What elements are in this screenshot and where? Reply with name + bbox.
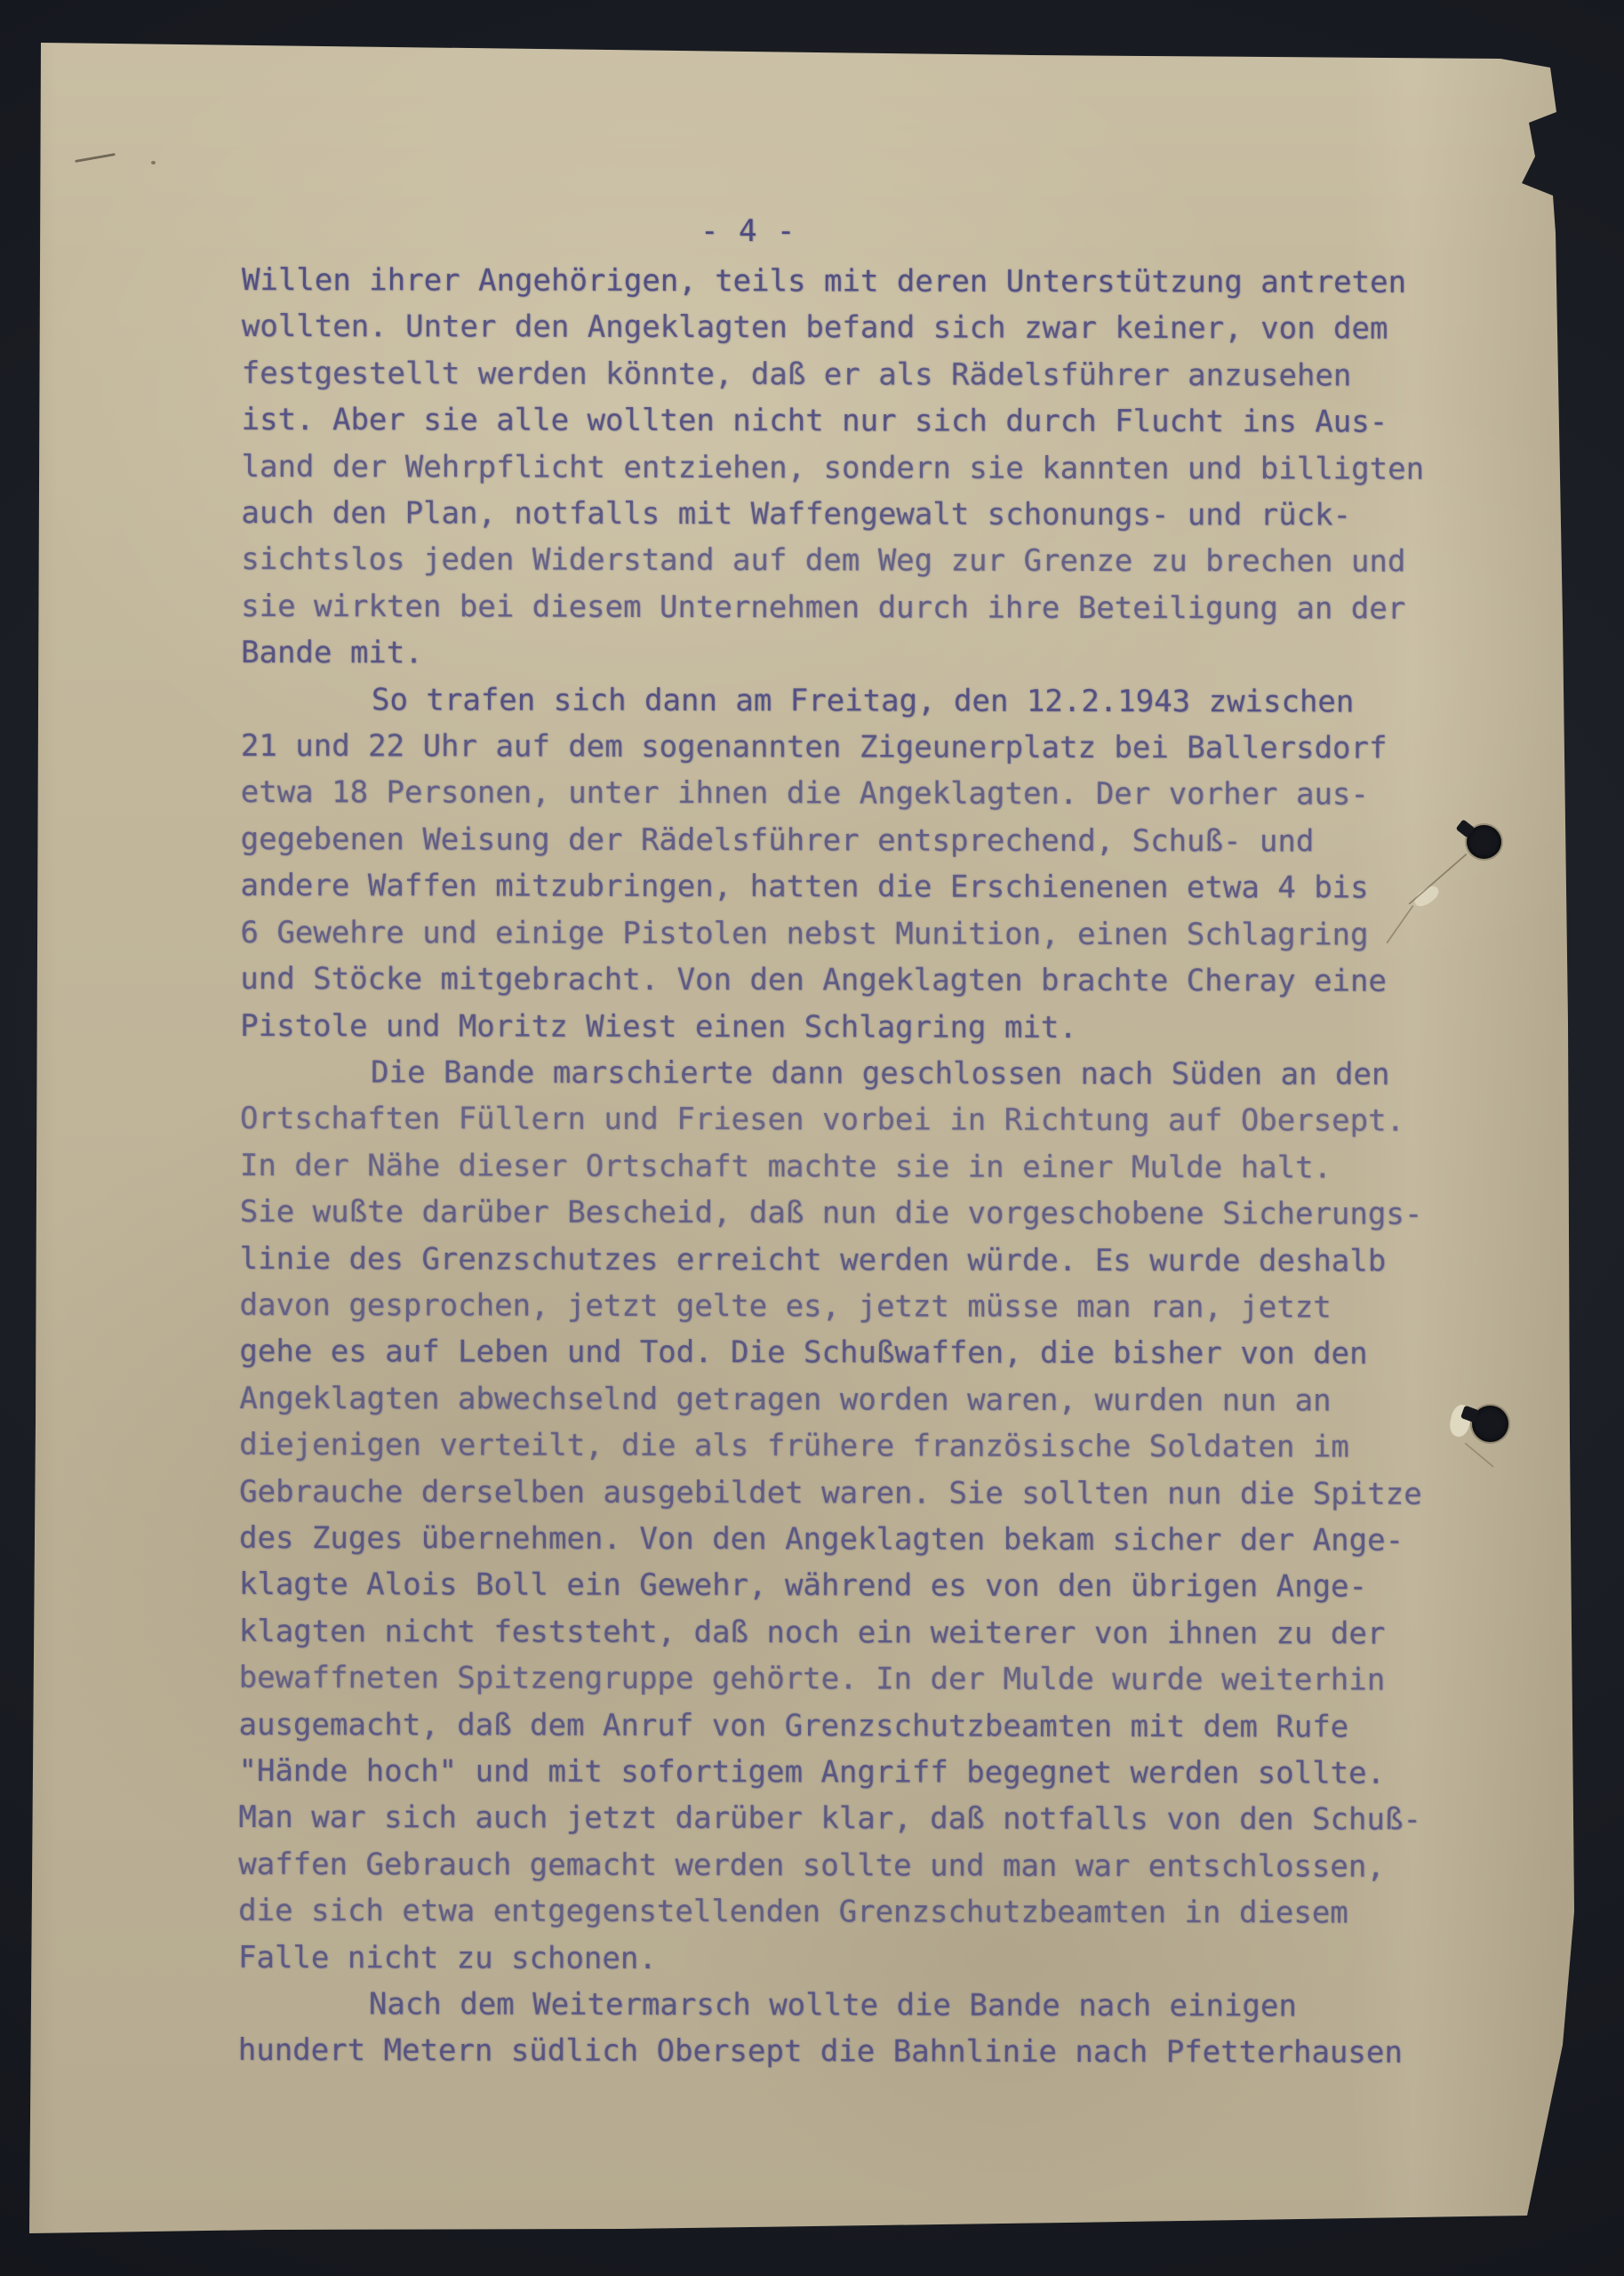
fiber-mark	[75, 153, 116, 163]
text-line: klagten nicht feststeht, daß noch ein we…	[239, 1608, 1501, 1657]
text-line: gehe es auf Leben und Tod. Die Schußwaff…	[239, 1328, 1501, 1377]
punch-hole-top	[1467, 825, 1501, 859]
text-line: 21 und 22 Uhr auf dem sogenannten Zigeun…	[241, 723, 1503, 772]
text-line: Ortschaften Füllern und Friesen vorbei i…	[240, 1095, 1502, 1144]
text-line: So trafen sich dann am Freitag, den 12.2…	[241, 677, 1503, 725]
text-line: festgestellt werden könnte, daß er als R…	[242, 350, 1504, 399]
text-line: bewaffneten Spitzengruppe gehörte. In de…	[239, 1655, 1501, 1703]
text-line: In der Nähe dieser Ortschaft machte sie …	[240, 1142, 1502, 1191]
scan-background: - 4 - Willen ihrer Angehörigen, teils mi…	[0, 0, 1624, 2276]
text-line: wollten. Unter den Angeklagten befand si…	[242, 303, 1504, 352]
text-line: diejenigen verteilt, die als frühere fra…	[239, 1422, 1501, 1471]
page-number: - 4 -	[700, 213, 796, 249]
text-line: Gebrauche derselben ausgebildet waren. S…	[239, 1469, 1501, 1518]
text-line: Pistole und Moritz Wiest einen Schlagrin…	[240, 1002, 1502, 1051]
text-line: 6 Gewehre und einige Pistolen nebst Muni…	[240, 910, 1502, 958]
punch-hole-bottom	[1472, 1406, 1508, 1442]
text-line: andere Waffen mitzubringen, hatten die E…	[240, 862, 1502, 911]
text-line: land der Wehrpflicht entziehen, sondern …	[241, 444, 1503, 493]
text-line: Falle nicht zu schonen.	[238, 1935, 1500, 1983]
text-line: ist. Aber sie alle wollten nicht nur sic…	[242, 397, 1504, 445]
text-line: Bande mit.	[241, 629, 1503, 678]
text-line: Man war sich auch jetzt darüber klar, da…	[238, 1794, 1500, 1843]
document-page: - 4 - Willen ihrer Angehörigen, teils mi…	[0, 0, 1624, 2276]
text-line: Willen ihrer Angehörigen, teils mit dere…	[242, 257, 1504, 306]
text-line: sichtslos jeden Widerstand auf dem Weg z…	[241, 536, 1503, 585]
text-line: des Zuges übernehmen. Von den Angeklagte…	[239, 1515, 1501, 1564]
text-line: davon gesprochen, jetzt gelte es, jetzt …	[239, 1282, 1501, 1331]
text-line: Nach dem Weitermarsch wollte die Bande n…	[238, 1981, 1500, 2030]
text-line: auch den Plan, notfalls mit Waffengewalt…	[241, 490, 1503, 539]
text-line: die sich etwa entgegenstellenden Grenzsc…	[238, 1887, 1500, 1936]
text-line: etwa 18 Personen, unter ihnen die Angekl…	[241, 769, 1503, 818]
text-line: Die Bande marschierte dann geschlossen n…	[240, 1049, 1502, 1098]
text-line: Sie wußte darüber Bescheid, daß nun die …	[240, 1189, 1502, 1238]
paper-speck	[151, 161, 156, 164]
text-line: und Stöcke mitgebracht. Von den Angeklag…	[240, 956, 1502, 1005]
text-line: ausgemacht, daß dem Anruf von Grenzschut…	[238, 1702, 1500, 1751]
typewritten-text: Willen ihrer Angehörigen, teils mit dere…	[238, 257, 1504, 2077]
text-line: linie des Grenzschutzes erreicht werden …	[240, 1236, 1502, 1285]
text-line: gegebenen Weisung der Rädelsführer entsp…	[241, 816, 1503, 865]
text-line: klagte Alois Boll ein Gewehr, während es…	[239, 1561, 1501, 1610]
text-line: waffen Gebrauch gemacht werden sollte un…	[238, 1841, 1500, 1890]
text-line: "Hände hoch" und mit sofortigem Angriff …	[238, 1748, 1500, 1797]
text-line: sie wirkten bei diesem Unternehmen durch…	[241, 583, 1503, 632]
text-line: hundert Metern südlich Obersept die Bahn…	[238, 2027, 1500, 2076]
text-line: Angeklagten abwechselnd getragen worden …	[239, 1375, 1501, 1424]
